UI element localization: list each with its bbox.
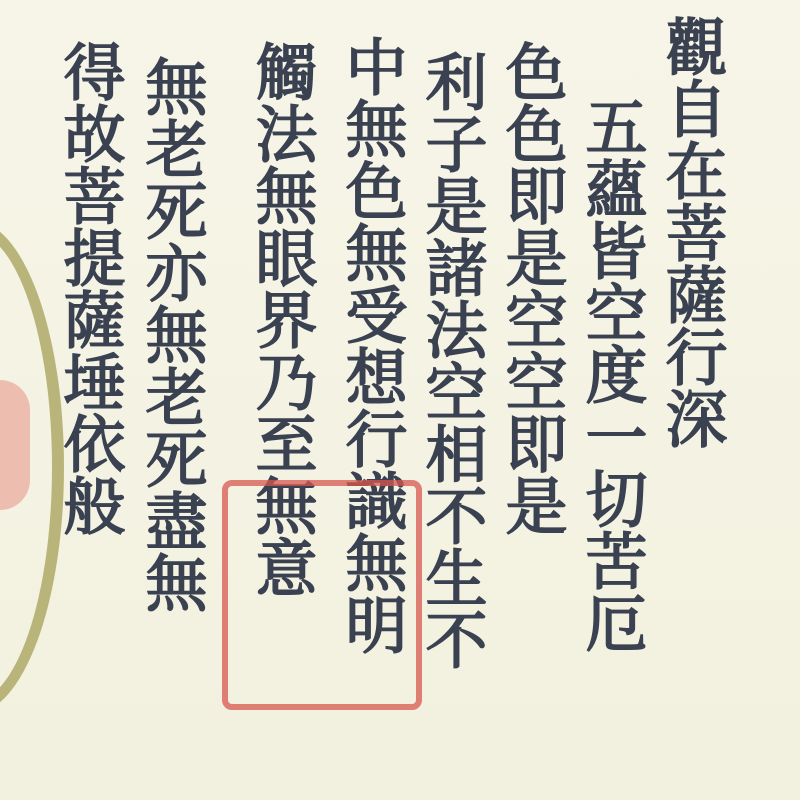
calligraphy-column-1: 觀自在菩薩行深 <box>655 15 727 449</box>
painted-figure-face <box>0 380 30 510</box>
column-text: 觀自在菩薩行深 <box>655 15 727 449</box>
column-text: 利子是諸法空相不生不 <box>415 50 487 670</box>
column-text: 得故菩提薩埵依般 <box>48 40 130 536</box>
calligraphy-column-3: 色色即是空空即是 <box>495 40 567 536</box>
column-text: 五蘊皆空度一切苦厄 <box>575 95 647 653</box>
calligraphy-column-2: 五蘊皆空度一切苦厄 <box>575 95 647 653</box>
red-seal-stamp <box>222 480 422 710</box>
calligraphy-column-7: 無老死亦無老死盡無 <box>135 55 207 613</box>
column-text: 無老死亦無老死盡無 <box>135 55 207 613</box>
calligraphy-column-8: 得故菩提薩埵依般 <box>48 40 130 536</box>
column-text: 色色即是空空即是 <box>495 40 567 536</box>
calligraphy-column-4: 利子是諸法空相不生不 <box>415 50 487 670</box>
